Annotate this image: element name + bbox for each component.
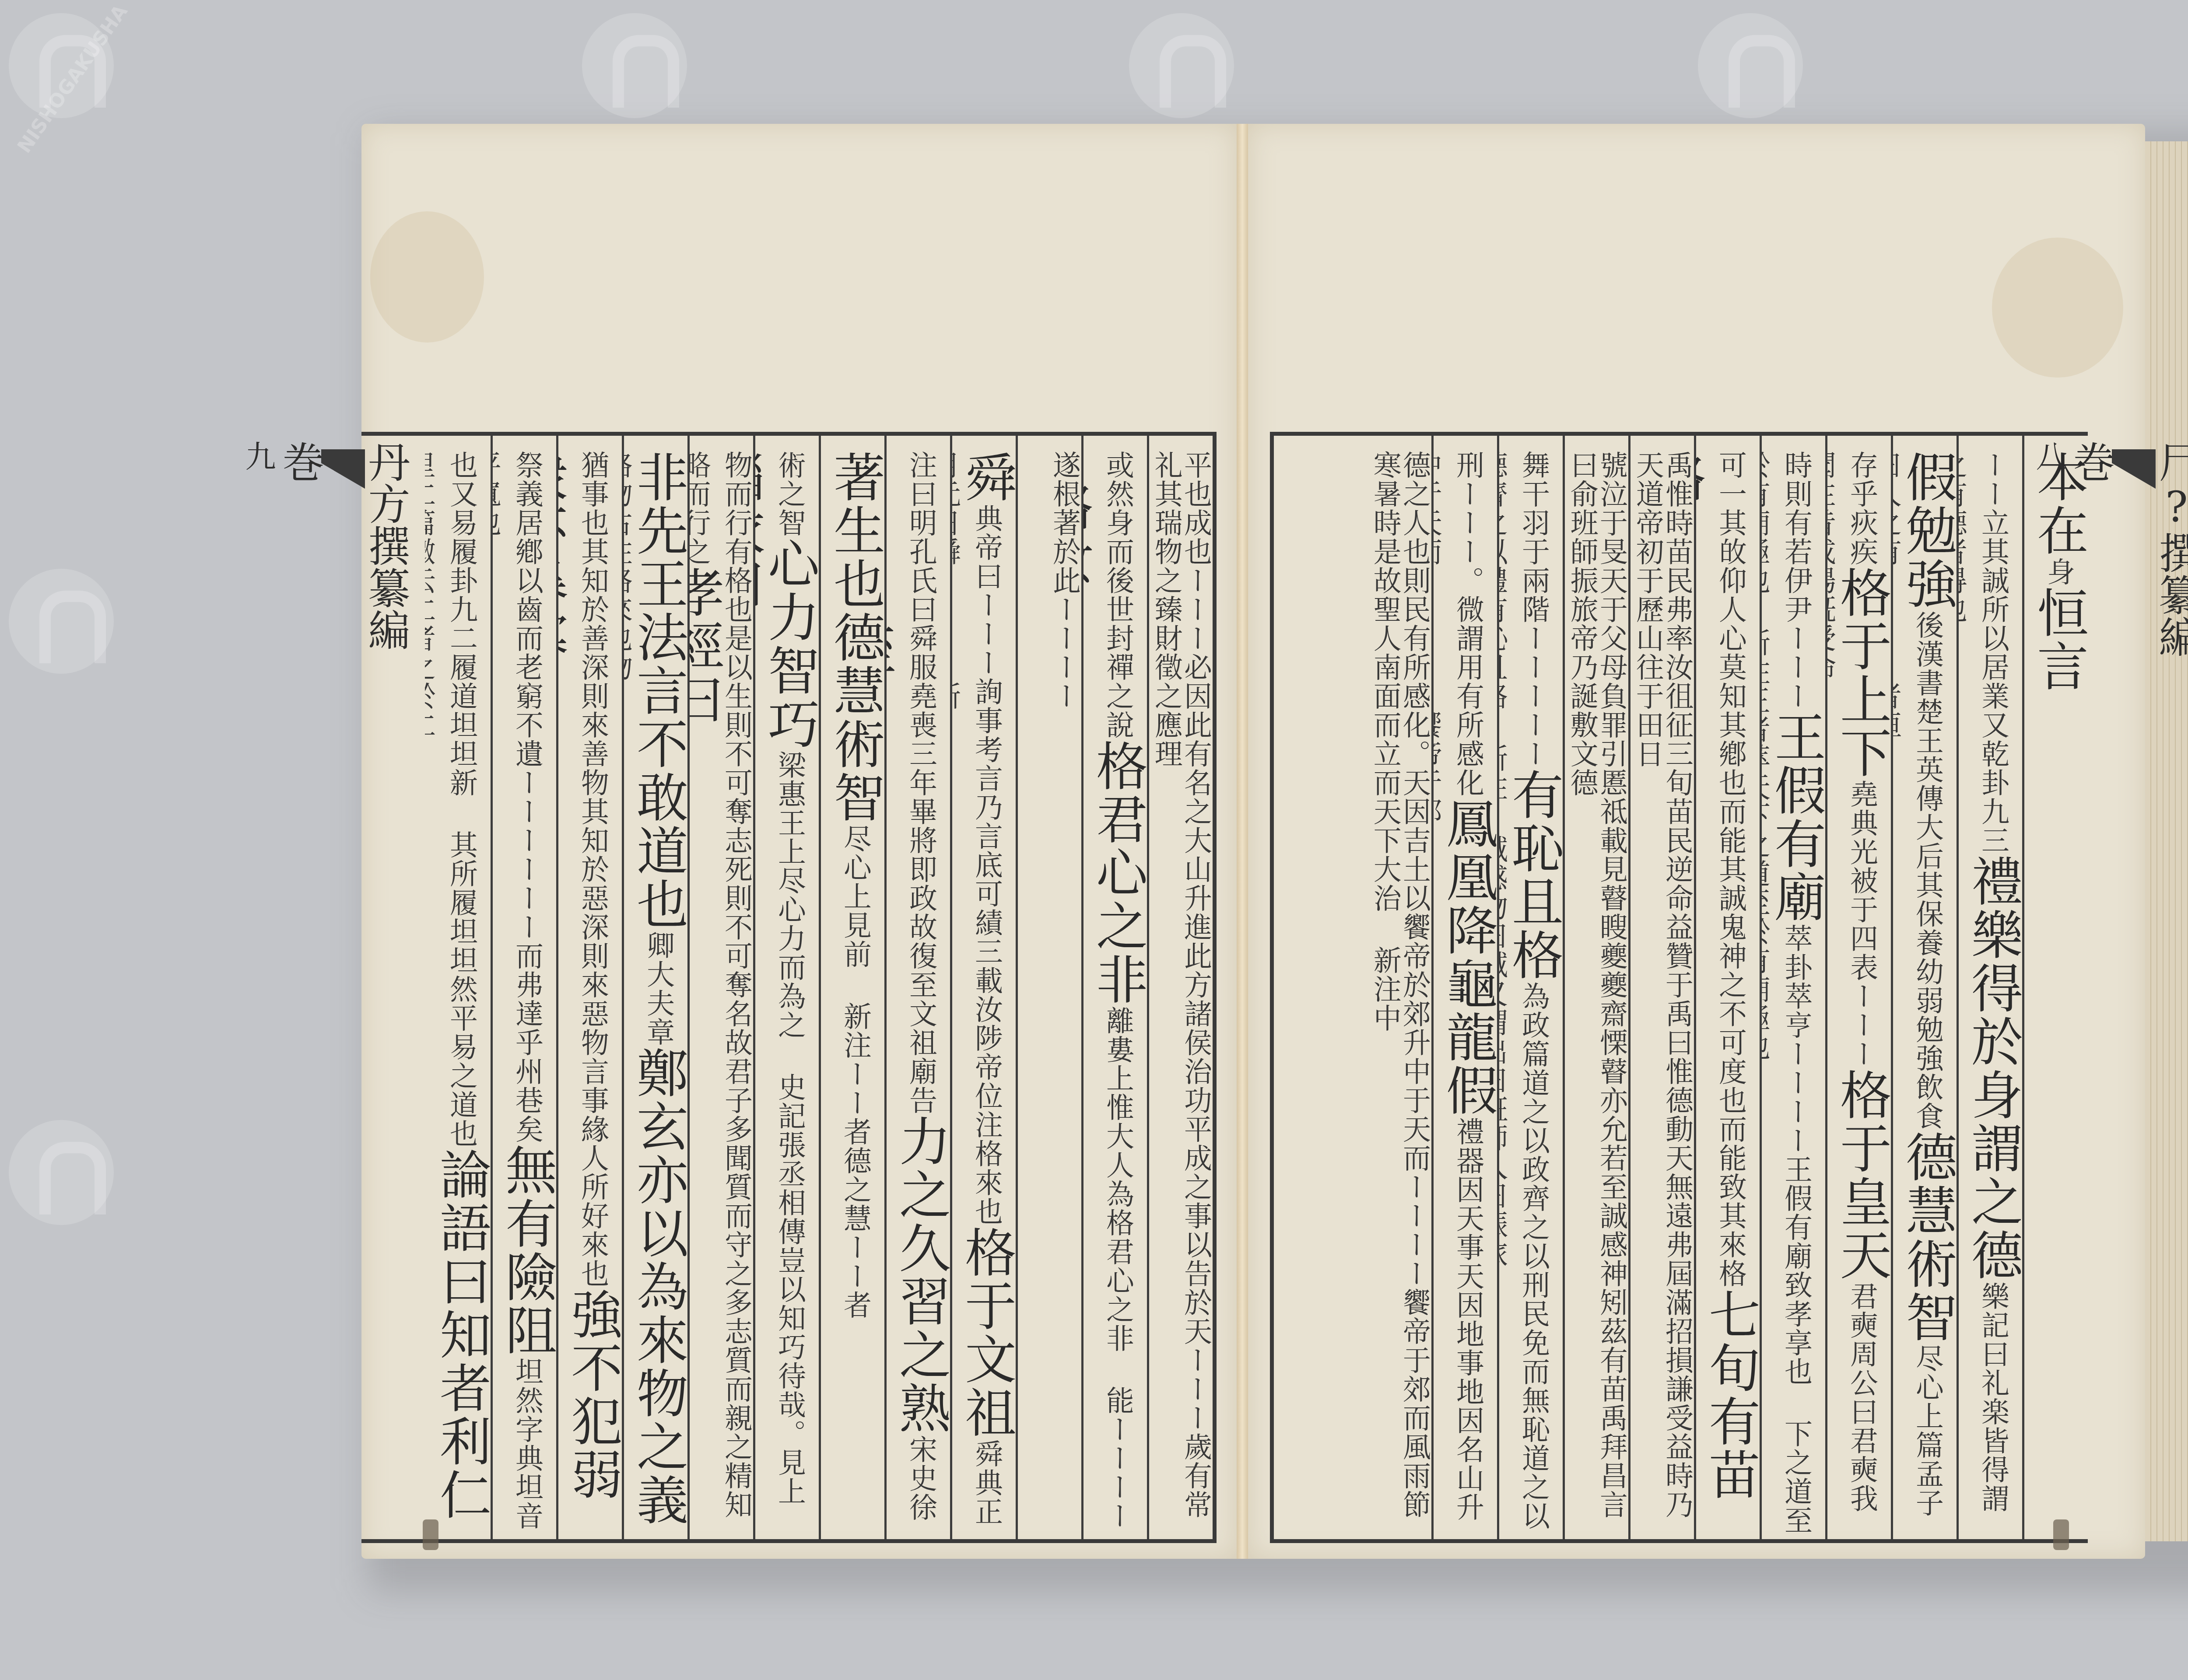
page-number: 八 bbox=[2031, 441, 2067, 471]
water-stain bbox=[1992, 238, 2123, 378]
watermark-logo-icon bbox=[9, 1120, 114, 1225]
left-page: 丹方撰纂編 巻 九 平也成也ーーー必因此有名之大山升進此方諸侯治功平成之事以告於… bbox=[361, 124, 1237, 1559]
text-columns: 平也成也ーーー必因此有名之大山升進此方諸侯治功平成之事以告於天ーーー歲有常礼其瑞… bbox=[410, 436, 1213, 1539]
text-column: 刑ーーー。微謂用有所感化鳳凰降龜龍假禮器因天事天因地事地因名山升中于天而ーーーー… bbox=[1431, 436, 1497, 1539]
text-column: 德之人也則民有所感化。天因吉土以饗帝於郊升中于天而ーーーー饗帝于郊而風雨節寒暑時… bbox=[1366, 436, 1431, 1539]
binding-thread bbox=[2053, 1519, 2069, 1550]
watermark-logo-icon bbox=[1698, 13, 1803, 118]
fishtail-mark-icon bbox=[321, 449, 365, 489]
water-stain bbox=[370, 211, 484, 343]
text-column: 猶事也其知於善深則來善物其知於惡深則來惡物言事緣人所好來也強不犯弱衆不暴寡 bbox=[556, 436, 622, 1539]
text-column: 也又易履卦九二履道坦坦新 其所履坦坦然平易之道也論語曰知者利仁里仁篇微云仁者之於… bbox=[425, 436, 491, 1539]
text-column: 舜典帝曰ーーー詢事考言乃言底可績三載汝陟帝位注格來也格于文祖舜典正月元日舜ーーー… bbox=[950, 436, 1016, 1539]
text-column: 遂根著於此ーーーー bbox=[1016, 436, 1081, 1539]
text-columns: 本在身恒言 ーー立其誠所以居業又乾卦九三禮樂得於身謂之德樂記曰礼楽皆得謂之有德者… bbox=[1274, 436, 2088, 1539]
text-column: 注曰明孔氏曰舜服堯喪三年畢將即政故復至文祖廟告力之久習之熟宋史徐積傳習熟見聞至 bbox=[884, 436, 950, 1539]
watermark-logo-icon bbox=[582, 13, 687, 118]
text-column: 禹惟時苗民弗率汝徂征三旬苗民逆命益贊于禹曰惟德動天無遠弗屆滿招損謙受益時乃天道帝… bbox=[1628, 436, 1694, 1539]
watermark-logo-icon bbox=[9, 569, 114, 674]
right-margin-label: 尸?撰纂編 巻 八 bbox=[2149, 432, 2188, 1544]
volume-label: 巻 bbox=[276, 441, 325, 483]
text-column: 可一其敀仰人心莫知其鄕也而能其誠鬼神之不可度也而能致其來格七旬有苗格大禹謨帝曰咨 bbox=[1694, 436, 1760, 1539]
volume-label: 巻 bbox=[2066, 441, 2115, 483]
text-column: ーー立其誠所以居業又乾卦九三禮樂得於身謂之德樂記曰礼楽皆得謂之有德者得也 bbox=[1957, 436, 2022, 1539]
text-column: 假勉強後漢書楚王英傳大后其保養幼弱勉強飲食德慧術智尽心上篇孟子曰人之有ーーーー者… bbox=[1891, 436, 1957, 1539]
binding-thread bbox=[423, 1519, 438, 1550]
page-number: 九 bbox=[240, 441, 276, 471]
text-column: 存乎疢疾格于上下堯典光被于四表ーーー格于皇天君奭周公曰君奭我聞在昔成湯既受命 bbox=[1825, 436, 1891, 1539]
text-frame: 平也成也ーーー必因此有名之大山升進此方諸侯治功平成之事以告於天ーーー歲有常礼其瑞… bbox=[361, 432, 1217, 1543]
text-column: 著生也德慧術智尽心上見前 新注ーー者德之慧ーー者 bbox=[819, 436, 884, 1539]
text-column: 號泣于旻天于父母負罪引慝祗載見瞽瞍夔夔齋慄瞽亦允若至誠感神矧茲有苗禹拜昌言曰俞班… bbox=[1563, 436, 1628, 1539]
open-book: 丹方撰纂編 巻 九 平也成也ーーー必因此有名之大山升進此方諸侯治功平成之事以告於… bbox=[361, 124, 2188, 1559]
book-gutter bbox=[1237, 124, 1248, 1559]
text-column: 術之智心力智巧梁惠王上尽心力而為之 史記張丞相傳豈以知巧待哉。見上緇衣曰子曰言有 bbox=[753, 436, 819, 1539]
text-column: 舞干羽于兩階ーーーーー有恥且格為政篇道之以政齊之以刑民免而無恥道之以德齊之以禮有… bbox=[1497, 436, 1563, 1539]
book-title: 尸?撰纂編 bbox=[2152, 441, 2188, 658]
text-column: 或然身而後世封禪之說格君心之非離婁上惟大人為格君心之非 能ーーーーー格汝 bbox=[1081, 436, 1147, 1539]
text-column: 物而行有格也是以生則不可奪志死則不可奪名故君子多聞質而守之多志質而親之精知略而行… bbox=[687, 436, 753, 1539]
text-column: 平也成也ーーー必因此有名之大山升進此方諸侯治功平成之事以告於天ーーー歲有常礼其瑞… bbox=[1147, 436, 1213, 1539]
right-page: 本在身恒言 ーー立其誠所以居業又乾卦九三禮樂得於身謂之德樂記曰礼楽皆得謂之有德者… bbox=[1248, 124, 2145, 1559]
text-column: 非先王法言不敢道也卿大夫章鄭玄亦以為來物之義格物古注格來也物 bbox=[622, 436, 687, 1539]
text-frame: 本在身恒言 ーー立其誠所以居業又乾卦九三禮樂得於身謂之德樂記曰礼楽皆得謂之有德者… bbox=[1270, 432, 2088, 1543]
text-column: 時則有若伊尹ーーー王假有廟萃卦萃亨ーーーー王假有廟致孝享也 下之道至於有廟極也 … bbox=[1760, 436, 1825, 1539]
text-column: 祭義居鄕以齒而老窮不遺ーーーーーー而弗達乎州巷矣無有險阻坦然字典坦音平寬也 bbox=[491, 436, 556, 1539]
watermark-logo-icon bbox=[1129, 13, 1234, 118]
fishtail-mark-icon bbox=[2112, 449, 2156, 489]
